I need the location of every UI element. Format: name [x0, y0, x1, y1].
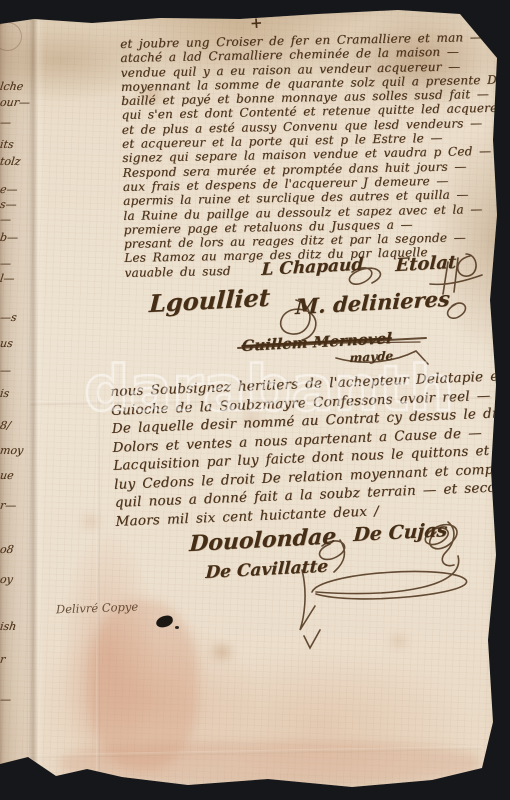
paper-edge-shading	[0, 0, 510, 800]
photograph-of-manuscript: lcheour——itstolze—s——b——l——sus—is8/moyue…	[0, 0, 510, 800]
manuscript-page: lcheour——itstolze—s——b——l——sus—is8/moyue…	[0, 0, 510, 800]
